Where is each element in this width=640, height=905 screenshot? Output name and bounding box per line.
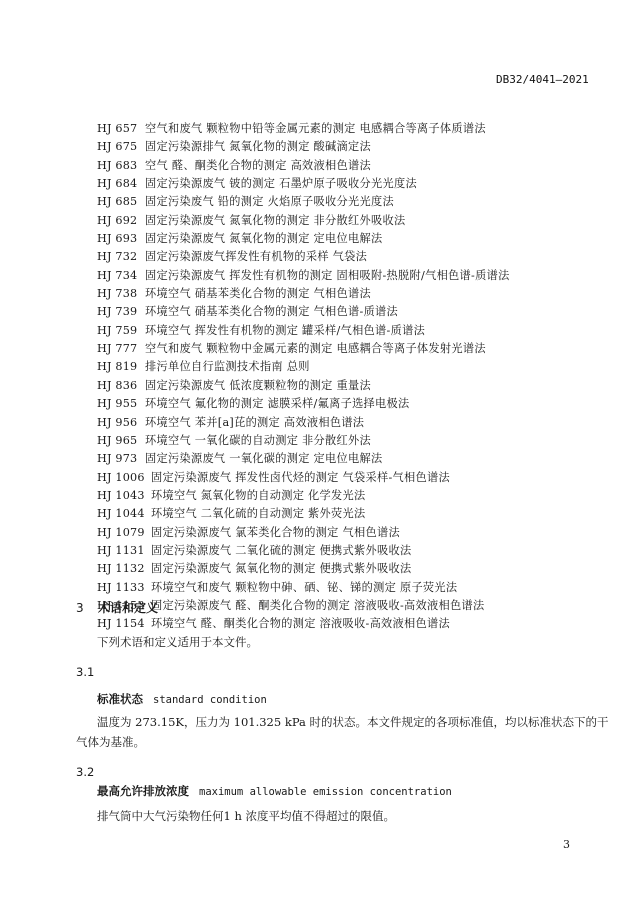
- reference-title: 固定污染源废气 低浓度颗粒物的测定 重量法: [145, 377, 371, 395]
- reference-title: 固定污染源废气 氮氧化物的测定 定电位电解法: [145, 230, 382, 248]
- reference-title: 固定污染源废气 氮氧化物的测定 便携式紫外吸收法: [151, 560, 411, 578]
- reference-title: 环境空气和废气 颗粒物中砷、硒、铋、锑的测定 原子荧光法: [151, 579, 457, 597]
- reference-item: HJ 777空气和废气 颗粒物中金属元素的测定 电感耦合等离子体发射光谱法: [97, 340, 577, 358]
- reference-item: HJ 955环境空气 氟化物的测定 滤膜采样/氟离子选择电极法: [97, 395, 577, 413]
- reference-code: HJ 1131: [97, 542, 151, 560]
- reference-item: HJ 734固定污染源废气 挥发性有机物的测定 固相吸附-热脱附/气相色谱-质谱…: [97, 267, 577, 285]
- reference-title: 环境空气 氟化物的测定 滤膜采样/氟离子选择电极法: [145, 395, 410, 413]
- reference-item: HJ 1153固定污染源废气 醛、酮类化合物的测定 溶液吸收-高效液相色谱法: [97, 597, 577, 615]
- reference-item: HJ 675固定污染源排气 氮氧化物的测定 酸碱滴定法: [97, 138, 577, 156]
- reference-item: HJ 732固定污染源废气挥发性有机物的采样 气袋法: [97, 248, 577, 266]
- reference-code: HJ 1006: [97, 469, 151, 487]
- term-zh: 最高允许排放浓度: [97, 784, 189, 798]
- reference-item: HJ 684固定污染源废气 铍的测定 石墨炉原子吸收分光光度法: [97, 175, 577, 193]
- reference-item: HJ 693固定污染源废气 氮氧化物的测定 定电位电解法: [97, 230, 577, 248]
- reference-item: HJ 956环境空气 苯并[a]芘的测定 高效液相色谱法: [97, 414, 577, 432]
- reference-code: HJ 693: [97, 230, 145, 248]
- reference-item: HJ 1131固定污染源废气 二氧化硫的测定 便携式紫外吸收法: [97, 542, 577, 560]
- reference-title: 固定污染源废气挥发性有机物的采样 气袋法: [145, 248, 367, 266]
- reference-code: HJ 1043: [97, 487, 151, 505]
- reference-code: HJ 738: [97, 285, 145, 303]
- standard-code: DB32/4041—2021: [496, 73, 589, 86]
- reference-title: 空气 醛、酮类化合物的测定 高效液相色谱法: [145, 157, 371, 175]
- reference-title: 固定污染源废气 挥发性卤代烃的测定 气袋采样-气相色谱法: [151, 469, 450, 487]
- section-title: 术语和定义: [98, 601, 158, 615]
- reference-code: HJ 1079: [97, 524, 151, 542]
- reference-item: HJ 1043环境空气 氮氧化物的自动测定 化学发光法: [97, 487, 577, 505]
- reference-item: HJ 683空气 醛、酮类化合物的测定 高效液相色谱法: [97, 157, 577, 175]
- reference-title: 空气和废气 颗粒物中铅等金属元素的测定 电感耦合等离子体质谱法: [145, 120, 486, 138]
- reference-item: HJ 657空气和废气 颗粒物中铅等金属元素的测定 电感耦合等离子体质谱法: [97, 120, 577, 138]
- term-en: standard condition: [153, 694, 267, 706]
- term-en: maximum allowable emission concentration: [199, 786, 452, 798]
- reference-title: 固定污染源废气 氮氧化物的测定 非分散红外吸收法: [145, 212, 405, 230]
- reference-code: HJ 732: [97, 248, 145, 266]
- reference-code: HJ 684: [97, 175, 145, 193]
- reference-code: HJ 836: [97, 377, 145, 395]
- reference-code: HJ 734: [97, 267, 145, 285]
- reference-item: HJ 836固定污染源废气 低浓度颗粒物的测定 重量法: [97, 377, 577, 395]
- term-heading: 最高允许排放浓度maximum allowable emission conce…: [97, 783, 452, 799]
- reference-title: 环境空气 二氧化硫的自动测定 紫外荧光法: [151, 505, 366, 523]
- reference-item: HJ 692固定污染源废气 氮氧化物的测定 非分散红外吸收法: [97, 212, 577, 230]
- reference-code: HJ 739: [97, 303, 145, 321]
- reference-code: HJ 973: [97, 450, 145, 468]
- reference-title: 固定污染源排气 氮氧化物的测定 酸碱滴定法: [145, 138, 371, 156]
- reference-title: 环境空气 一氧化碳的自动测定 非分散红外法: [145, 432, 371, 450]
- reference-code: HJ 1044: [97, 505, 151, 523]
- reference-code: HJ 956: [97, 414, 145, 432]
- term-heading: 标准状态standard condition: [97, 691, 267, 707]
- reference-item: HJ 973固定污染源废气 一氧化碳的测定 定电位电解法: [97, 450, 577, 468]
- reference-code: HJ 685: [97, 193, 145, 211]
- reference-code: HJ 777: [97, 340, 145, 358]
- reference-title: 环境空气 醛、酮类化合物的测定 溶液吸收-高效液相色谱法: [151, 615, 450, 633]
- reference-item: HJ 1006固定污染源废气 挥发性卤代烃的测定 气袋采样-气相色谱法: [97, 469, 577, 487]
- page-number: 3: [563, 838, 570, 851]
- reference-code: HJ 759: [97, 322, 145, 340]
- reference-item: HJ 1133环境空气和废气 颗粒物中砷、硒、铋、锑的测定 原子荧光法: [97, 579, 577, 597]
- reference-code: HJ 819: [97, 358, 145, 376]
- reference-code: HJ 1133: [97, 579, 151, 597]
- reference-title: 固定污染源废气 二氧化硫的测定 便携式紫外吸收法: [151, 542, 411, 560]
- term-definition: 排气筒中大气污染物任何1 h 浓度平均值不得超过的限值。: [97, 806, 395, 826]
- reference-code: HJ 955: [97, 395, 145, 413]
- reference-item: HJ 1044环境空气 二氧化硫的自动测定 紫外荧光法: [97, 505, 577, 523]
- reference-title: 固定污染源废气 挥发性有机物的测定 固相吸附-热脱附/气相色谱-质谱法: [145, 267, 510, 285]
- reference-item: HJ 685固定污染废气 铅的测定 火焰原子吸收分光光度法: [97, 193, 577, 211]
- reference-item: HJ 739环境空气 硝基苯类化合物的测定 气相色谱-质谱法: [97, 303, 577, 321]
- term-definition-line1: 温度为 273.15K，压力为 101.325 kPa 时的状态。本文件规定的各…: [97, 712, 609, 732]
- reference-code: HJ 675: [97, 138, 145, 156]
- reference-title: 环境空气 挥发性有机物的测定 罐采样/气相色谱-质谱法: [145, 322, 425, 340]
- section-intro: 下列术语和定义适用于本文件。: [97, 632, 258, 652]
- normative-references-list: HJ 657空气和废气 颗粒物中铅等金属元素的测定 电感耦合等离子体质谱法HJ …: [97, 120, 577, 634]
- reference-title: 固定污染源废气 氯苯类化合物的测定 气相色谱法: [151, 524, 400, 542]
- reference-title: 环境空气 硝基苯类化合物的测定 气相色谱-质谱法: [145, 303, 398, 321]
- reference-code: HJ 1154: [97, 615, 151, 633]
- reference-code: HJ 692: [97, 212, 145, 230]
- reference-title: 环境空气 氮氧化物的自动测定 化学发光法: [151, 487, 366, 505]
- section-heading: 3术语和定义: [76, 599, 158, 616]
- reference-code: HJ 683: [97, 157, 145, 175]
- reference-item: HJ 738环境空气 硝基苯类化合物的测定 气相色谱法: [97, 285, 577, 303]
- reference-item: HJ 819排污单位自行监测技术指南 总则: [97, 358, 577, 376]
- reference-code: HJ 965: [97, 432, 145, 450]
- term-number: 3.2: [76, 765, 94, 779]
- section-number: 3: [76, 601, 98, 615]
- reference-item: HJ 759环境空气 挥发性有机物的测定 罐采样/气相色谱-质谱法: [97, 322, 577, 340]
- reference-title: 环境空气 硝基苯类化合物的测定 气相色谱法: [145, 285, 371, 303]
- reference-title: 排污单位自行监测技术指南 总则: [145, 358, 310, 376]
- reference-item: HJ 1132固定污染源废气 氮氧化物的测定 便携式紫外吸收法: [97, 560, 577, 578]
- term-definition-line2: 气体为基准。: [76, 732, 145, 752]
- reference-title: 固定污染源废气 醛、酮类化合物的测定 溶液吸收-高效液相色谱法: [151, 597, 484, 615]
- term-number: 3.1: [76, 665, 94, 679]
- reference-code: HJ 657: [97, 120, 145, 138]
- term-zh: 标准状态: [97, 692, 143, 706]
- reference-title: 固定污染废气 铅的测定 火焰原子吸收分光光度法: [145, 193, 394, 211]
- reference-title: 固定污染源废气 铍的测定 石墨炉原子吸收分光光度法: [145, 175, 417, 193]
- reference-code: HJ 1132: [97, 560, 151, 578]
- reference-item: HJ 1154环境空气 醛、酮类化合物的测定 溶液吸收-高效液相色谱法: [97, 615, 577, 633]
- reference-title: 空气和废气 颗粒物中金属元素的测定 电感耦合等离子体发射光谱法: [145, 340, 486, 358]
- reference-title: 环境空气 苯并[a]芘的测定 高效液相色谱法: [145, 414, 364, 432]
- reference-title: 固定污染源废气 一氧化碳的测定 定电位电解法: [145, 450, 382, 468]
- reference-item: HJ 965环境空气 一氧化碳的自动测定 非分散红外法: [97, 432, 577, 450]
- reference-item: HJ 1079固定污染源废气 氯苯类化合物的测定 气相色谱法: [97, 524, 577, 542]
